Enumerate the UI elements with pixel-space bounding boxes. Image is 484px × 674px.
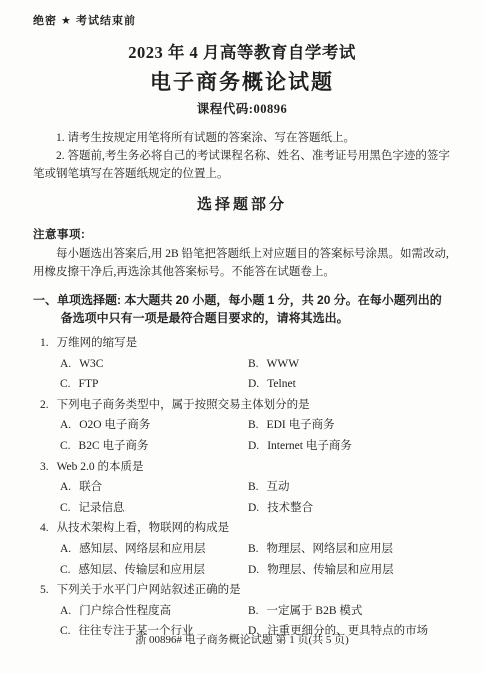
question-number: 4. <box>40 522 49 534</box>
option-text: FTP <box>79 378 99 390</box>
option-text: 互动 <box>267 481 290 493</box>
option-grid: A.联合 B.互动 C.记录信息 D.技术整合 <box>33 477 451 518</box>
question-2: 2.下列电子商务类型中，属于按照交易主体划分的是 A.O2O 电子商务 B.ED… <box>33 395 451 457</box>
option-text: B2C 电子商务 <box>79 440 149 452</box>
option-c: C.B2C 电子商务 <box>60 436 248 457</box>
option-text: Telnet <box>267 378 296 390</box>
section-title: 选择题部分 <box>33 193 451 214</box>
option-a: A.联合 <box>60 477 248 498</box>
question-3: 3.Web 2.0 的本质是 A.联合 B.互动 C.记录信息 D.技术整合 <box>33 457 451 519</box>
part-one-heading: 一、单项选择题: 本大题共 20 小题，每小题 1 分，共 20 分。在每小题列… <box>33 291 451 327</box>
option-text: W3C <box>79 358 103 370</box>
classification-banner: 绝密 ★ 考试结束前 <box>33 12 451 28</box>
option-text: 感知层、网络层和应用层 <box>79 543 206 555</box>
option-b: B.一定属于 B2B 模式 <box>248 601 451 622</box>
option-grid: A.O2O 电子商务 B.EDI 电子商务 C.B2C 电子商务 D.Inter… <box>33 415 451 456</box>
option-d: D.Telnet <box>248 374 451 395</box>
question-stem: 2.下列电子商务类型中，属于按照交易主体划分的是 <box>33 395 451 416</box>
question-stem: 5.下列关于水平门户网站叙述正确的是 <box>33 580 451 601</box>
option-text: WWW <box>267 358 300 370</box>
option-a: A.W3C <box>60 354 248 375</box>
instruction-line-2: 2. 答题前,考生务必将自己的考试课程名称、姓名、准考证号用黑色字迹的签字笔或钢… <box>33 147 451 183</box>
option-d: D.技术整合 <box>248 498 451 519</box>
question-text: 从技术架构上看，物联网的构成是 <box>57 522 230 534</box>
option-text: 技术整合 <box>267 502 313 514</box>
question-1: 1.万维网的缩写是 A.W3C B.WWW C.FTP D.Telnet <box>33 333 451 395</box>
option-text: 物理层、网络层和应用层 <box>267 543 394 555</box>
option-label: D. <box>248 440 259 452</box>
option-d: D.物理层、传输层和应用层 <box>248 560 451 581</box>
instruction-line-1: 1. 请考生按规定用笔将所有试题的答案涂、写在答题纸上。 <box>33 129 451 147</box>
question-number: 2. <box>40 399 49 411</box>
question-number: 3. <box>40 461 49 473</box>
option-a: A.门户综合性程度高 <box>60 601 248 622</box>
option-label: B. <box>248 419 259 431</box>
question-text: Web 2.0 的本质是 <box>57 461 144 473</box>
option-b: B.EDI 电子商务 <box>248 415 451 436</box>
option-label: C. <box>60 502 71 514</box>
option-label: A. <box>60 543 71 555</box>
option-label: D. <box>248 378 259 390</box>
option-label: B. <box>248 605 259 617</box>
option-text: 门户综合性程度高 <box>79 605 171 617</box>
option-label: A. <box>60 358 71 370</box>
question-text: 万维网的缩写是 <box>57 337 138 349</box>
option-label: B. <box>248 358 259 370</box>
question-text: 下列电子商务类型中，属于按照交易主体划分的是 <box>57 399 310 411</box>
option-a: A.O2O 电子商务 <box>60 415 248 436</box>
exam-paper-page: 绝密 ★ 考试结束前 2023 年 4 月高等教育自学考试 电子商务概论试题 课… <box>0 0 484 674</box>
option-label: B. <box>248 481 259 493</box>
question-stem: 4.从技术架构上看，物联网的构成是 <box>33 518 451 539</box>
option-label: C. <box>60 378 71 390</box>
question-number: 1. <box>40 337 49 349</box>
option-label: D. <box>248 502 259 514</box>
question-text: 下列关于水平门户网站叙述正确的是 <box>57 584 241 596</box>
question-4: 4.从技术架构上看，物联网的构成是 A.感知层、网络层和应用层 B.物理层、网络… <box>33 518 451 580</box>
option-text: O2O 电子商务 <box>79 419 150 431</box>
option-b: B.物理层、网络层和应用层 <box>248 539 451 560</box>
question-stem: 3.Web 2.0 的本质是 <box>33 457 451 478</box>
option-c: C.记录信息 <box>60 498 248 519</box>
option-label: A. <box>60 481 71 493</box>
notice-body: 每小题选出答案后,用 2B 铅笔把答题纸上对应题目的答案标号涂黑。如需改动,用橡… <box>33 245 451 281</box>
option-text: 物理层、传输层和应用层 <box>267 564 394 576</box>
option-text: 一定属于 B2B 模式 <box>267 605 363 617</box>
exam-session-title: 2023 年 4 月高等教育自学考试 <box>33 39 451 63</box>
option-grid: A.感知层、网络层和应用层 B.物理层、网络层和应用层 C.感知层、传输层和应用… <box>33 539 451 580</box>
question-number: 5. <box>40 584 49 596</box>
option-text: 联合 <box>79 481 102 493</box>
option-grid: A.W3C B.WWW C.FTP D.Telnet <box>33 354 451 395</box>
page-footer: 浙 00896# 电子商务概论试题 第 1 页(共 5 页) <box>0 631 484 647</box>
exam-instructions: 1. 请考生按规定用笔将所有试题的答案涂、写在答题纸上。 2. 答题前,考生务必… <box>33 129 451 183</box>
paper-title: 电子商务概论试题 <box>33 66 451 96</box>
option-text: 记录信息 <box>79 502 125 514</box>
option-d: D.Internet 电子商务 <box>248 436 451 457</box>
option-label: C. <box>60 440 71 452</box>
option-b: B.WWW <box>248 354 451 375</box>
option-label: D. <box>248 564 259 576</box>
option-label: B. <box>248 543 259 555</box>
option-b: B.互动 <box>248 477 451 498</box>
option-label: A. <box>60 605 71 617</box>
option-c: C.FTP <box>60 374 248 395</box>
option-label: C. <box>60 564 71 576</box>
question-stem: 1.万维网的缩写是 <box>33 333 451 354</box>
option-text: 感知层、传输层和应用层 <box>79 564 206 576</box>
option-a: A.感知层、网络层和应用层 <box>60 539 248 560</box>
option-text: EDI 电子商务 <box>267 419 335 431</box>
question-list: 1.万维网的缩写是 A.W3C B.WWW C.FTP D.Telnet 2.下… <box>33 333 451 642</box>
option-label: A. <box>60 419 71 431</box>
notice-heading: 注意事项: <box>33 226 451 242</box>
option-c: C.感知层、传输层和应用层 <box>60 560 248 581</box>
option-text: Internet 电子商务 <box>267 440 352 452</box>
course-code: 课程代码:00896 <box>33 99 451 117</box>
